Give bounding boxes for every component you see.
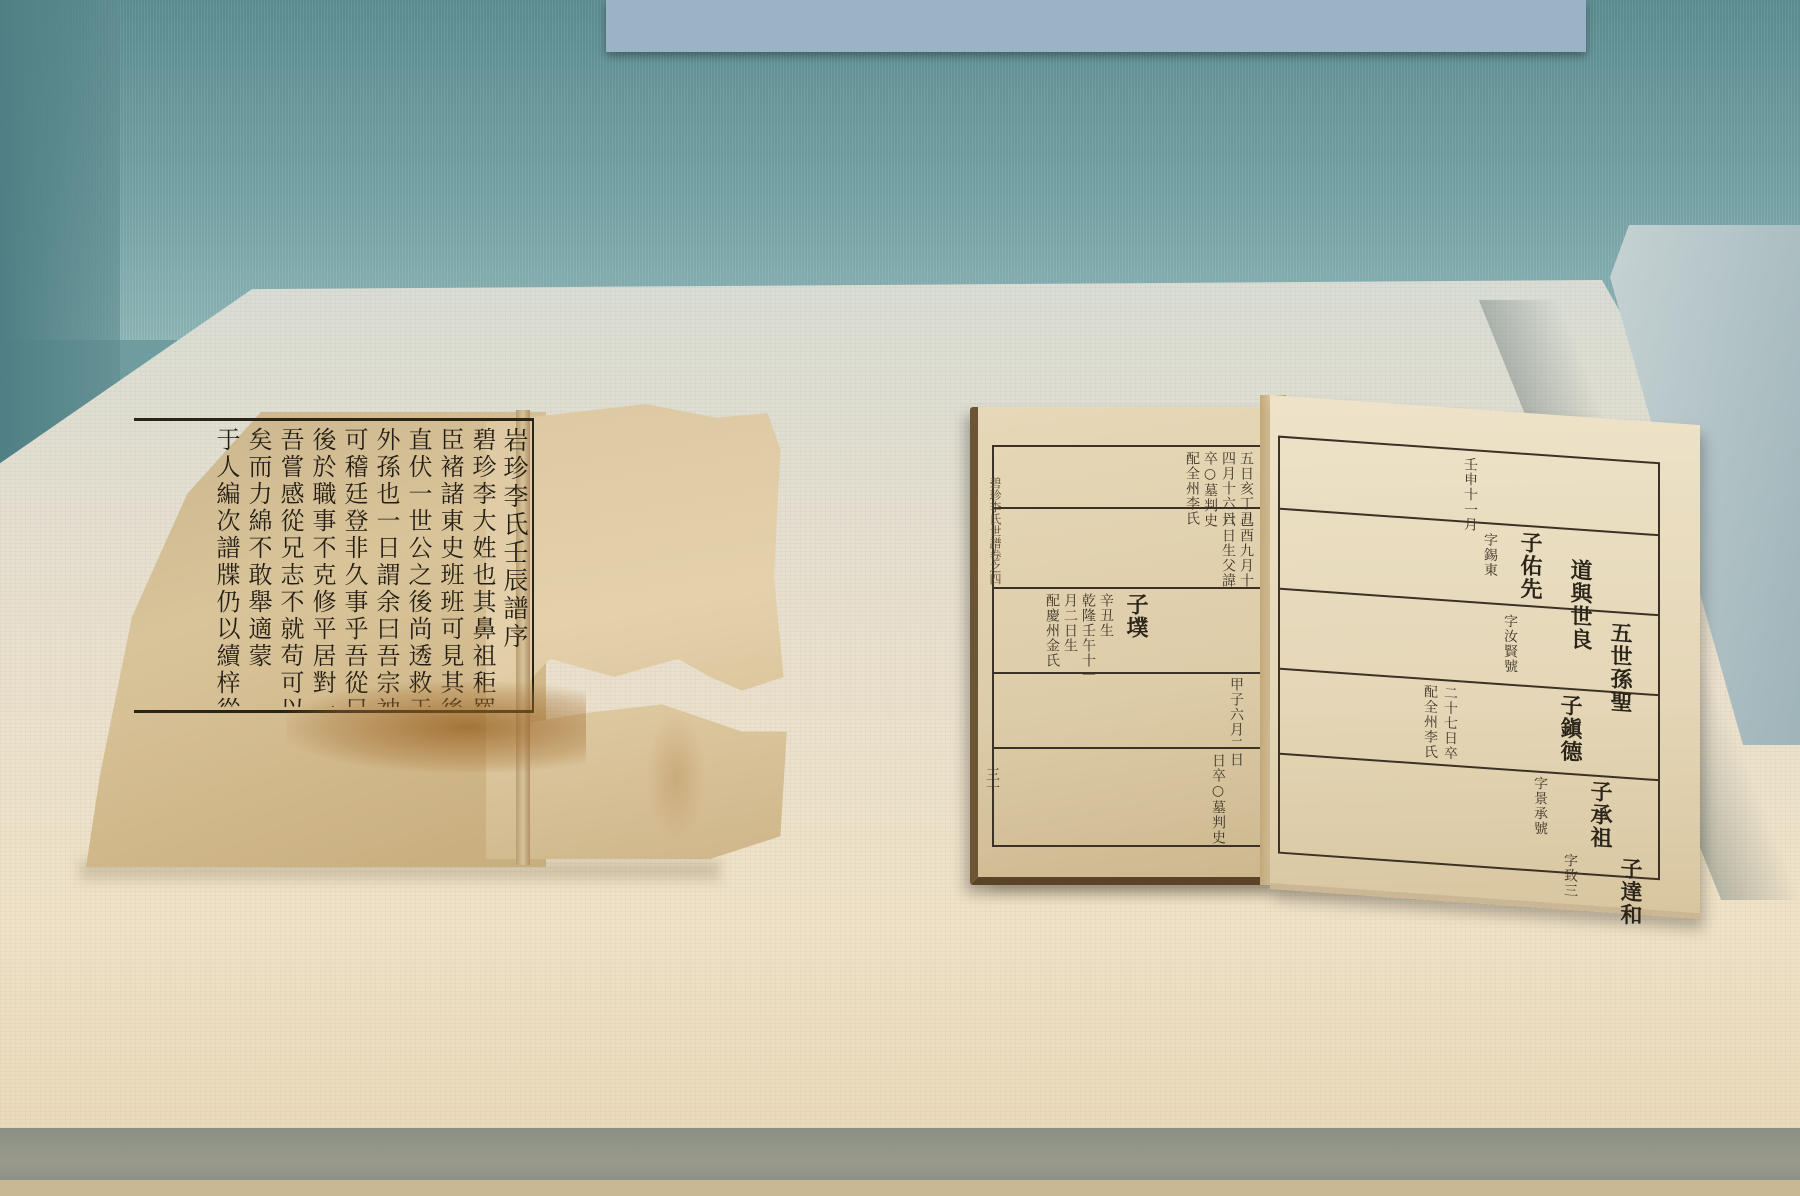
text-column: 吾嘗感從兄志不就苟可以辨斯事 (276, 427, 304, 707)
genealogy-table-grid: 五日亥丁丑 四月十六日 卒○墓判史 配全州李氏 己酉九月十 六日生父諱 子墣 辛… (992, 445, 1266, 847)
table-cell: 二十七日卒 (1441, 685, 1458, 761)
table-cell: 日卒○墓判史 (1209, 753, 1226, 845)
text-column: 外孫也一日謂余曰吾宗神秀透透矣 (372, 427, 400, 707)
genealogy-name: 子達和 (1621, 857, 1638, 927)
genealogy-left-page: 五日亥丁丑 四月十六日 卒○墓判史 配全州李氏 己酉九月十 六日生父諱 子墣 辛… (970, 407, 1278, 885)
table-cell: 字致三 (1561, 852, 1578, 898)
table-cell: 壬申十一月 (1461, 456, 1478, 532)
table-cell: 月二日生 (1061, 593, 1078, 653)
genealogy-table-grid: 子佑先 道與世良 五世孫聖 子鎭德 子承祖 子達和 壬申十一月 字錫東 字汝賢號… (1278, 436, 1660, 881)
genealogy-name: 子墣 (1127, 593, 1144, 639)
table-row-divider (994, 672, 1264, 674)
genealogy-right-page: 子佑先 道與世良 五世孫聖 子鎭德 子承祖 子達和 壬申十一月 字錫東 字汝賢號… (1270, 395, 1700, 919)
water-stain (646, 712, 706, 842)
genealogy-name: 子鎭德 (1561, 693, 1578, 763)
table-row-divider (1280, 668, 1658, 696)
book-margin-title: 碧珍李氏世譜卷之四 (982, 477, 1004, 777)
case-front-lip (0, 1180, 1800, 1196)
text-column: 直伏一世公之後尚透救于晉余赤官 (404, 427, 432, 707)
text-column: 後於職事不克修平居對一家子弟 (308, 427, 336, 707)
genealogy-name: 子佑先 (1521, 531, 1538, 601)
genealogy-name: 五世孫聖 (1611, 621, 1628, 714)
table-cell: 配全州李氏 (1421, 684, 1438, 760)
right-book-genealogy: 五日亥丁丑 四月十六日 卒○墓判史 配全州李氏 己酉九月十 六日生父諱 子墣 辛… (970, 395, 1710, 885)
preface-title: 岩珍李氏壬辰譜序 (500, 427, 528, 707)
genealogy-name: 子承祖 (1591, 779, 1608, 849)
text-column: 矣而力綿不敢舉適蒙 (244, 427, 272, 707)
table-cell: 乾隆壬午十一 (1079, 593, 1096, 683)
water-stain (286, 682, 586, 772)
table-cell: 卒○墓判史 (1201, 451, 1218, 528)
table-cell: 辛丑生 (1097, 593, 1114, 638)
top-display-panel (606, 0, 1586, 52)
table-row-divider (1280, 588, 1658, 616)
text-column: 臣褚諸東史班班可見其後有曰平靖公 (436, 427, 464, 707)
text-column: 碧珍李大姓也其鼻祖秬羅李全一郡 (468, 427, 496, 707)
table-row-divider (1280, 753, 1658, 781)
text-column: 于人編次譜牒仍以續梓從兄 (212, 427, 240, 707)
page-number: 三十 (982, 767, 1002, 795)
left-book-torn: 岩珍李氏壬辰譜序 碧珍李大姓也其鼻祖秬羅李全一郡 臣褚諸東史班班可見其後有曰平靖… (46, 412, 766, 872)
table-cell: 配慶州金氏 (1043, 593, 1060, 668)
table-cell: 字景承號 (1531, 775, 1548, 836)
table-cell: 六日生父諱 (1219, 513, 1236, 588)
text-column: 可稽廷登非久事乎吾從兄尚書公嘗 (340, 427, 368, 707)
table-cell: 字汝賢號 (1501, 613, 1518, 674)
museum-display-case: 岩珍李氏壬辰譜序 碧珍李大姓也其鼻祖秬羅李全一郡 臣褚諸東史班班可見其後有曰平靖… (0, 0, 1800, 1196)
table-cell: 甲子六月二日 (1227, 677, 1244, 767)
table-row-divider (994, 747, 1264, 749)
preface-text-block: 岩珍李氏壬辰譜序 碧珍李大姓也其鼻祖秬羅李全一郡 臣褚諸東史班班可見其後有曰平靖… (134, 418, 534, 713)
genealogy-name: 道與世良 (1571, 558, 1588, 651)
table-cell: 己酉九月十 (1237, 513, 1254, 588)
table-cell: 配全州李氏 (1183, 451, 1200, 526)
table-cell: 字錫東 (1481, 532, 1498, 578)
